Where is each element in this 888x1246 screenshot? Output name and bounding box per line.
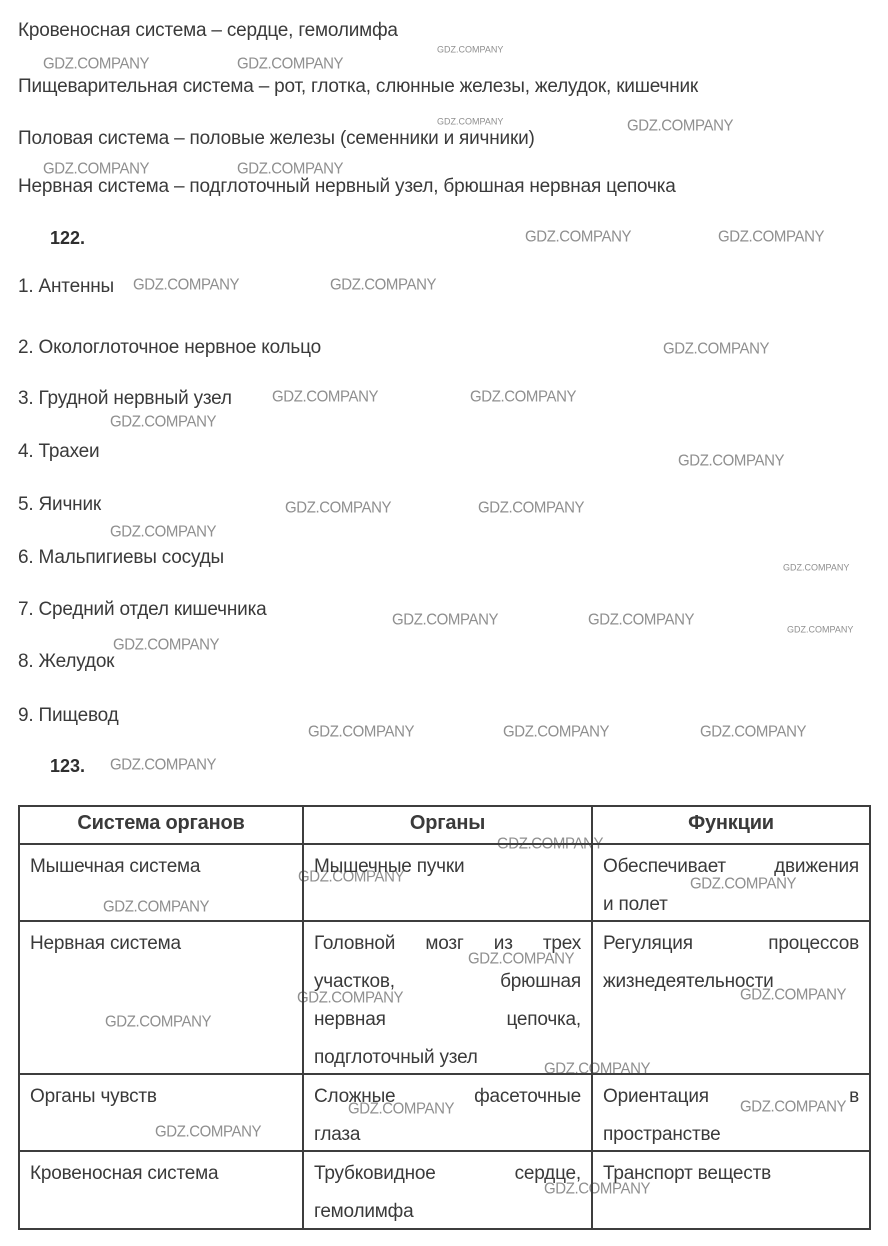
cell-organs-line: Трубковидное сердце, xyxy=(314,1155,581,1193)
cell-organs-line: Мышечные пучки xyxy=(314,848,581,886)
list-item-5: 5. Яичник xyxy=(18,494,101,516)
cell-system: Кровеносная система xyxy=(30,1155,292,1193)
watermark: GDZ.COMPANY xyxy=(470,388,576,406)
watermark: GDZ.COMPANY xyxy=(478,499,584,517)
intro-line-reproductive: Половая система – половые железы (семенн… xyxy=(18,128,535,150)
watermark: GDZ.COMPANY xyxy=(787,624,853,635)
watermark: GDZ.COMPANY xyxy=(783,562,849,573)
cell-organs-line: гемолимфа xyxy=(314,1193,581,1228)
watermark: GDZ.COMPANY xyxy=(437,44,503,55)
task-number-123: 123. xyxy=(50,756,85,777)
cell-organs-line: подглоточный узел xyxy=(314,1039,581,1073)
cell-functions-line: Ориентация в xyxy=(603,1078,859,1116)
list-item-3: 3. Грудной нервный узел xyxy=(18,388,232,410)
cell-organs-line: глаза xyxy=(314,1116,581,1150)
watermark: GDZ.COMPANY xyxy=(43,55,149,73)
cell-functions-line: и полет xyxy=(603,886,859,920)
watermark: GDZ.COMPANY xyxy=(437,116,503,127)
cell-system: Мышечная система xyxy=(30,848,292,886)
watermark: GDZ.COMPANY xyxy=(503,723,609,741)
table-header-row: Система органов Органы Функции xyxy=(20,807,869,843)
list-item-7: 7. Средний отдел кишечника xyxy=(18,599,266,621)
organ-systems-table: Система органов Органы Функции Мышечная … xyxy=(18,805,871,1230)
watermark: GDZ.COMPANY xyxy=(627,117,733,135)
watermark: GDZ.COMPANY xyxy=(525,228,631,246)
list-item-8: 8. Желудок xyxy=(18,651,114,673)
list-item-9: 9. Пищевод xyxy=(18,705,119,727)
table-row: Мышечная система Мышечные пучки Обеспечи… xyxy=(20,843,869,920)
table-row: Органы чувств Сложные фасеточные глаза О… xyxy=(20,1073,869,1150)
watermark: GDZ.COMPANY xyxy=(330,276,436,294)
intro-line-nervous: Нервная система – подглоточный нервный у… xyxy=(18,176,676,198)
header-functions: Функции xyxy=(591,807,869,843)
cell-functions-line: Обеспечивает движения xyxy=(603,848,859,886)
cell-organs-line: участков, брюшная xyxy=(314,963,581,1001)
cell-functions-line: Регуляция процессов xyxy=(603,925,859,963)
document-page: Кровеносная система – сердце, гемолимфа … xyxy=(0,0,888,1246)
cell-organs-line: Сложные фасеточные xyxy=(314,1078,581,1116)
table-row: Кровеносная система Трубковидное сердце,… xyxy=(20,1150,869,1228)
list-item-1: 1. Антенны xyxy=(18,276,114,298)
watermark: GDZ.COMPANY xyxy=(43,160,149,178)
header-organs: Органы xyxy=(302,807,591,843)
cell-system: Органы чувств xyxy=(30,1078,292,1116)
watermark: GDZ.COMPANY xyxy=(113,636,219,654)
cell-system: Нервная система xyxy=(30,925,292,963)
watermark: GDZ.COMPANY xyxy=(285,499,391,517)
watermark: GDZ.COMPANY xyxy=(663,340,769,358)
intro-line-digestive: Пищеварительная система – рот, глотка, с… xyxy=(18,76,698,98)
watermark: GDZ.COMPANY xyxy=(718,228,824,246)
watermark: GDZ.COMPANY xyxy=(110,413,216,431)
watermark: GDZ.COMPANY xyxy=(588,611,694,629)
watermark: GDZ.COMPANY xyxy=(700,723,806,741)
cell-functions-line: Транспорт веществ xyxy=(603,1155,859,1193)
table-row: Нервная система Головной мозг из трех уч… xyxy=(20,920,869,1073)
watermark: GDZ.COMPANY xyxy=(392,611,498,629)
header-system: Система органов xyxy=(20,807,302,843)
task-number-122: 122. xyxy=(50,228,85,249)
cell-organs-line: Головной мозг из трех xyxy=(314,925,581,963)
watermark: GDZ.COMPANY xyxy=(237,55,343,73)
watermark: GDZ.COMPANY xyxy=(237,160,343,178)
watermark: GDZ.COMPANY xyxy=(110,756,216,774)
watermark: GDZ.COMPANY xyxy=(133,276,239,294)
watermark: GDZ.COMPANY xyxy=(308,723,414,741)
watermark: GDZ.COMPANY xyxy=(678,452,784,470)
cell-organs-line: нервная цепочка, xyxy=(314,1001,581,1039)
watermark: GDZ.COMPANY xyxy=(272,388,378,406)
list-item-4: 4. Трахеи xyxy=(18,441,99,463)
watermark: GDZ.COMPANY xyxy=(110,523,216,541)
cell-functions-line: пространстве xyxy=(603,1116,859,1150)
cell-functions-line: жизнедеятельности xyxy=(603,963,859,1001)
list-item-2: 2. Окологлоточное нервное кольцо xyxy=(18,337,321,359)
intro-line-circulatory: Кровеносная система – сердце, гемолимфа xyxy=(18,20,398,42)
list-item-6: 6. Мальпигиевы сосуды xyxy=(18,547,224,569)
